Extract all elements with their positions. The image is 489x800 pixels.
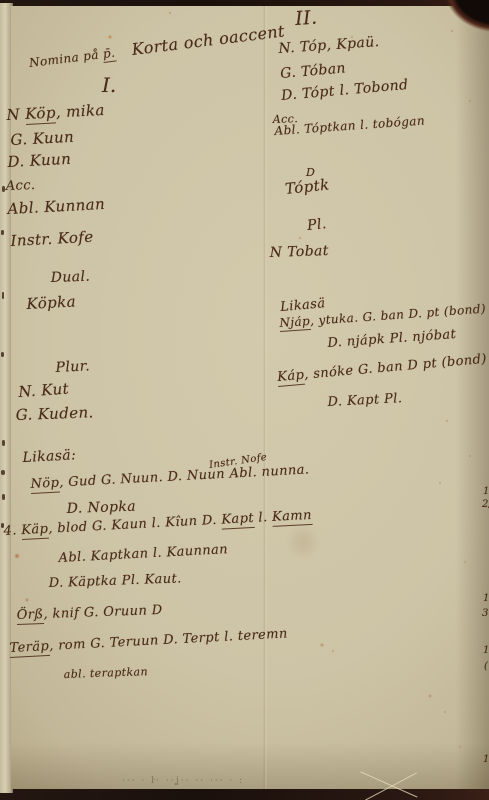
lemma-terap: Teräp [9,639,49,658]
right-plural-label: Pl. [306,216,327,234]
lemma-kap-right: Káp [277,368,305,387]
plural-label: Plur. [55,358,90,376]
edge-ink-mark [2,494,5,500]
margin-mark: 3. [482,608,489,619]
lemma-njap: Njáp [279,314,311,332]
book-cover-corner [425,0,489,48]
dual-label: Dual. [50,269,90,286]
left-entry-genitive: G. Kuun [10,128,75,149]
entry-nop-line2: D. Nopka [66,499,136,517]
form-kamn: Kamn [272,508,313,527]
likasa-label-left: Likasä: [22,447,76,466]
form-kapt: Kapt [221,511,254,530]
lemma-nop: Nöp [30,476,60,494]
edge-ink-mark [1,470,5,475]
lemma-kap: Käp [21,522,49,540]
gloss: , mika [55,101,105,122]
margin-mark: 1 [483,593,489,604]
margin-mark: 1 [483,754,489,765]
margin-mark: ( [484,661,488,672]
right-plural-form: N Tobat [269,243,329,261]
left-entry-accusative: Acc. [5,178,35,194]
heading-nomina-p: p̄. [102,46,116,63]
edge-ink-mark [1,352,4,357]
case-letter: N [6,105,26,124]
pencil-marks: ··· · ŀ· ··ʝ·· ·· ··· · : [122,776,244,786]
kap-conj: l. [254,510,273,526]
entry-number: 4. [3,523,22,539]
plural-nominative: N. Kut [18,380,70,401]
edge-ink-mark [2,440,5,446]
dual-form: Köpka [26,292,76,313]
edge-ink-mark [1,230,4,235]
lemma-kop: Köp [25,103,57,125]
numeral-one: I. [102,73,116,97]
left-entry-dative: D. Kuun [7,150,72,171]
lemma-orp: Örß [16,607,43,625]
edge-ink-mark [2,186,5,192]
numeral-two: II. [294,7,318,30]
margin-mark: 1 [483,486,489,497]
page-fold-crease [263,6,267,789]
manuscript-photo: Nomina på p̄. Korta och oaccent I. II. N… [0,0,489,800]
margin-mark: 1. [483,645,489,656]
margin-mark: 2/ [482,499,489,510]
plural-genitive: G. Kuden. [15,403,94,424]
edge-ink-mark [2,292,4,299]
